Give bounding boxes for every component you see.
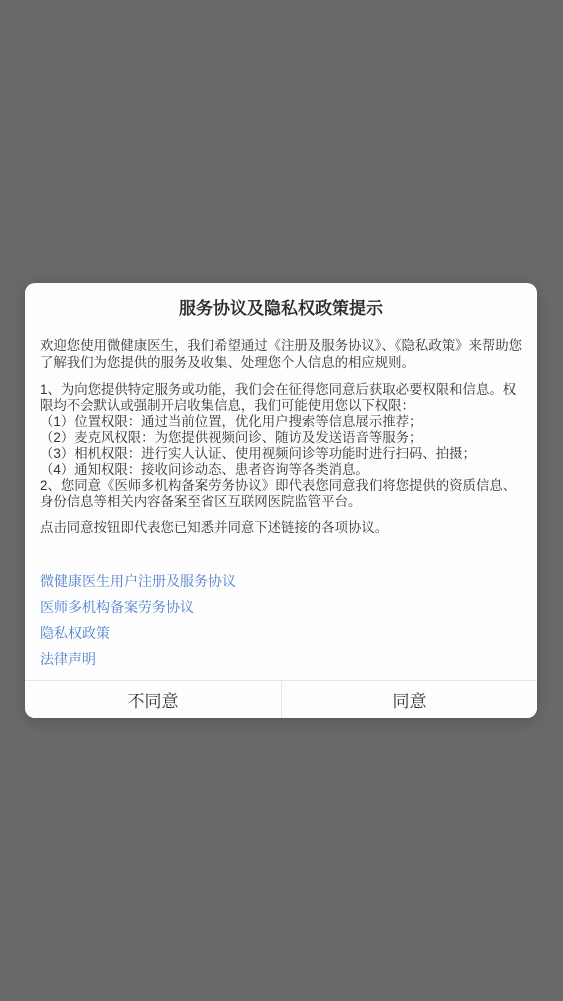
- permission-item-microphone: （2）麦克风权限：为您提供视频问诊、随访及发送语音等服务；: [40, 430, 524, 446]
- dialog-body: 欢迎您使用微健康医生，我们希望通过《注册及服务协议》、《隐私政策》来帮助您了解我…: [25, 338, 537, 667]
- link-user-registration-service-agreement[interactable]: 微健康医生用户注册及服务协议: [40, 573, 524, 589]
- link-legal-statement[interactable]: 法律声明: [40, 651, 524, 667]
- agreement-links: 微健康医生用户注册及服务协议 医师多机构备案劳务协议 隐私权政策 法律声明: [40, 573, 524, 667]
- permission-item-location: （1）位置权限：通过当前位置，优化用户搜索等信息展示推荐；: [40, 414, 524, 430]
- permission-item-notification: （4）通知权限：接收问诊动态、患者咨询等各类消息。: [40, 462, 524, 478]
- disagree-button[interactable]: 不同意: [25, 681, 281, 718]
- link-privacy-policy[interactable]: 隐私权政策: [40, 625, 524, 641]
- intro-paragraph: 欢迎您使用微健康医生，我们希望通过《注册及服务协议》、《隐私政策》来帮助您了解我…: [40, 338, 524, 371]
- confirm-note: 点击同意按钮即代表您已知悉并同意下述链接的各项协议。: [40, 520, 524, 536]
- permission-item-camera: （3）相机权限：进行实人认证、使用视频问诊等功能时进行扫码、拍摄；: [40, 446, 524, 462]
- filing-clause: 2、您同意《医师多机构备案劳务协议》即代表您同意我们将您提供的资质信息、身份信息…: [40, 478, 524, 510]
- dialog-button-bar: 不同意 同意: [25, 680, 537, 718]
- permissions-lead: 1、为向您提供特定服务或功能，我们会在征得您同意后获取必要权限和信息。权限均不会…: [40, 382, 524, 414]
- permissions-section: 1、为向您提供特定服务或功能，我们会在征得您同意后获取必要权限和信息。权限均不会…: [40, 382, 524, 510]
- agree-button[interactable]: 同意: [281, 681, 537, 718]
- consent-dialog: 服务协议及隐私权政策提示 欢迎您使用微健康医生，我们希望通过《注册及服务协议》、…: [25, 283, 537, 718]
- link-multi-institution-labor-agreement[interactable]: 医师多机构备案劳务协议: [40, 599, 524, 615]
- dialog-title: 服务协议及隐私权政策提示: [25, 299, 537, 319]
